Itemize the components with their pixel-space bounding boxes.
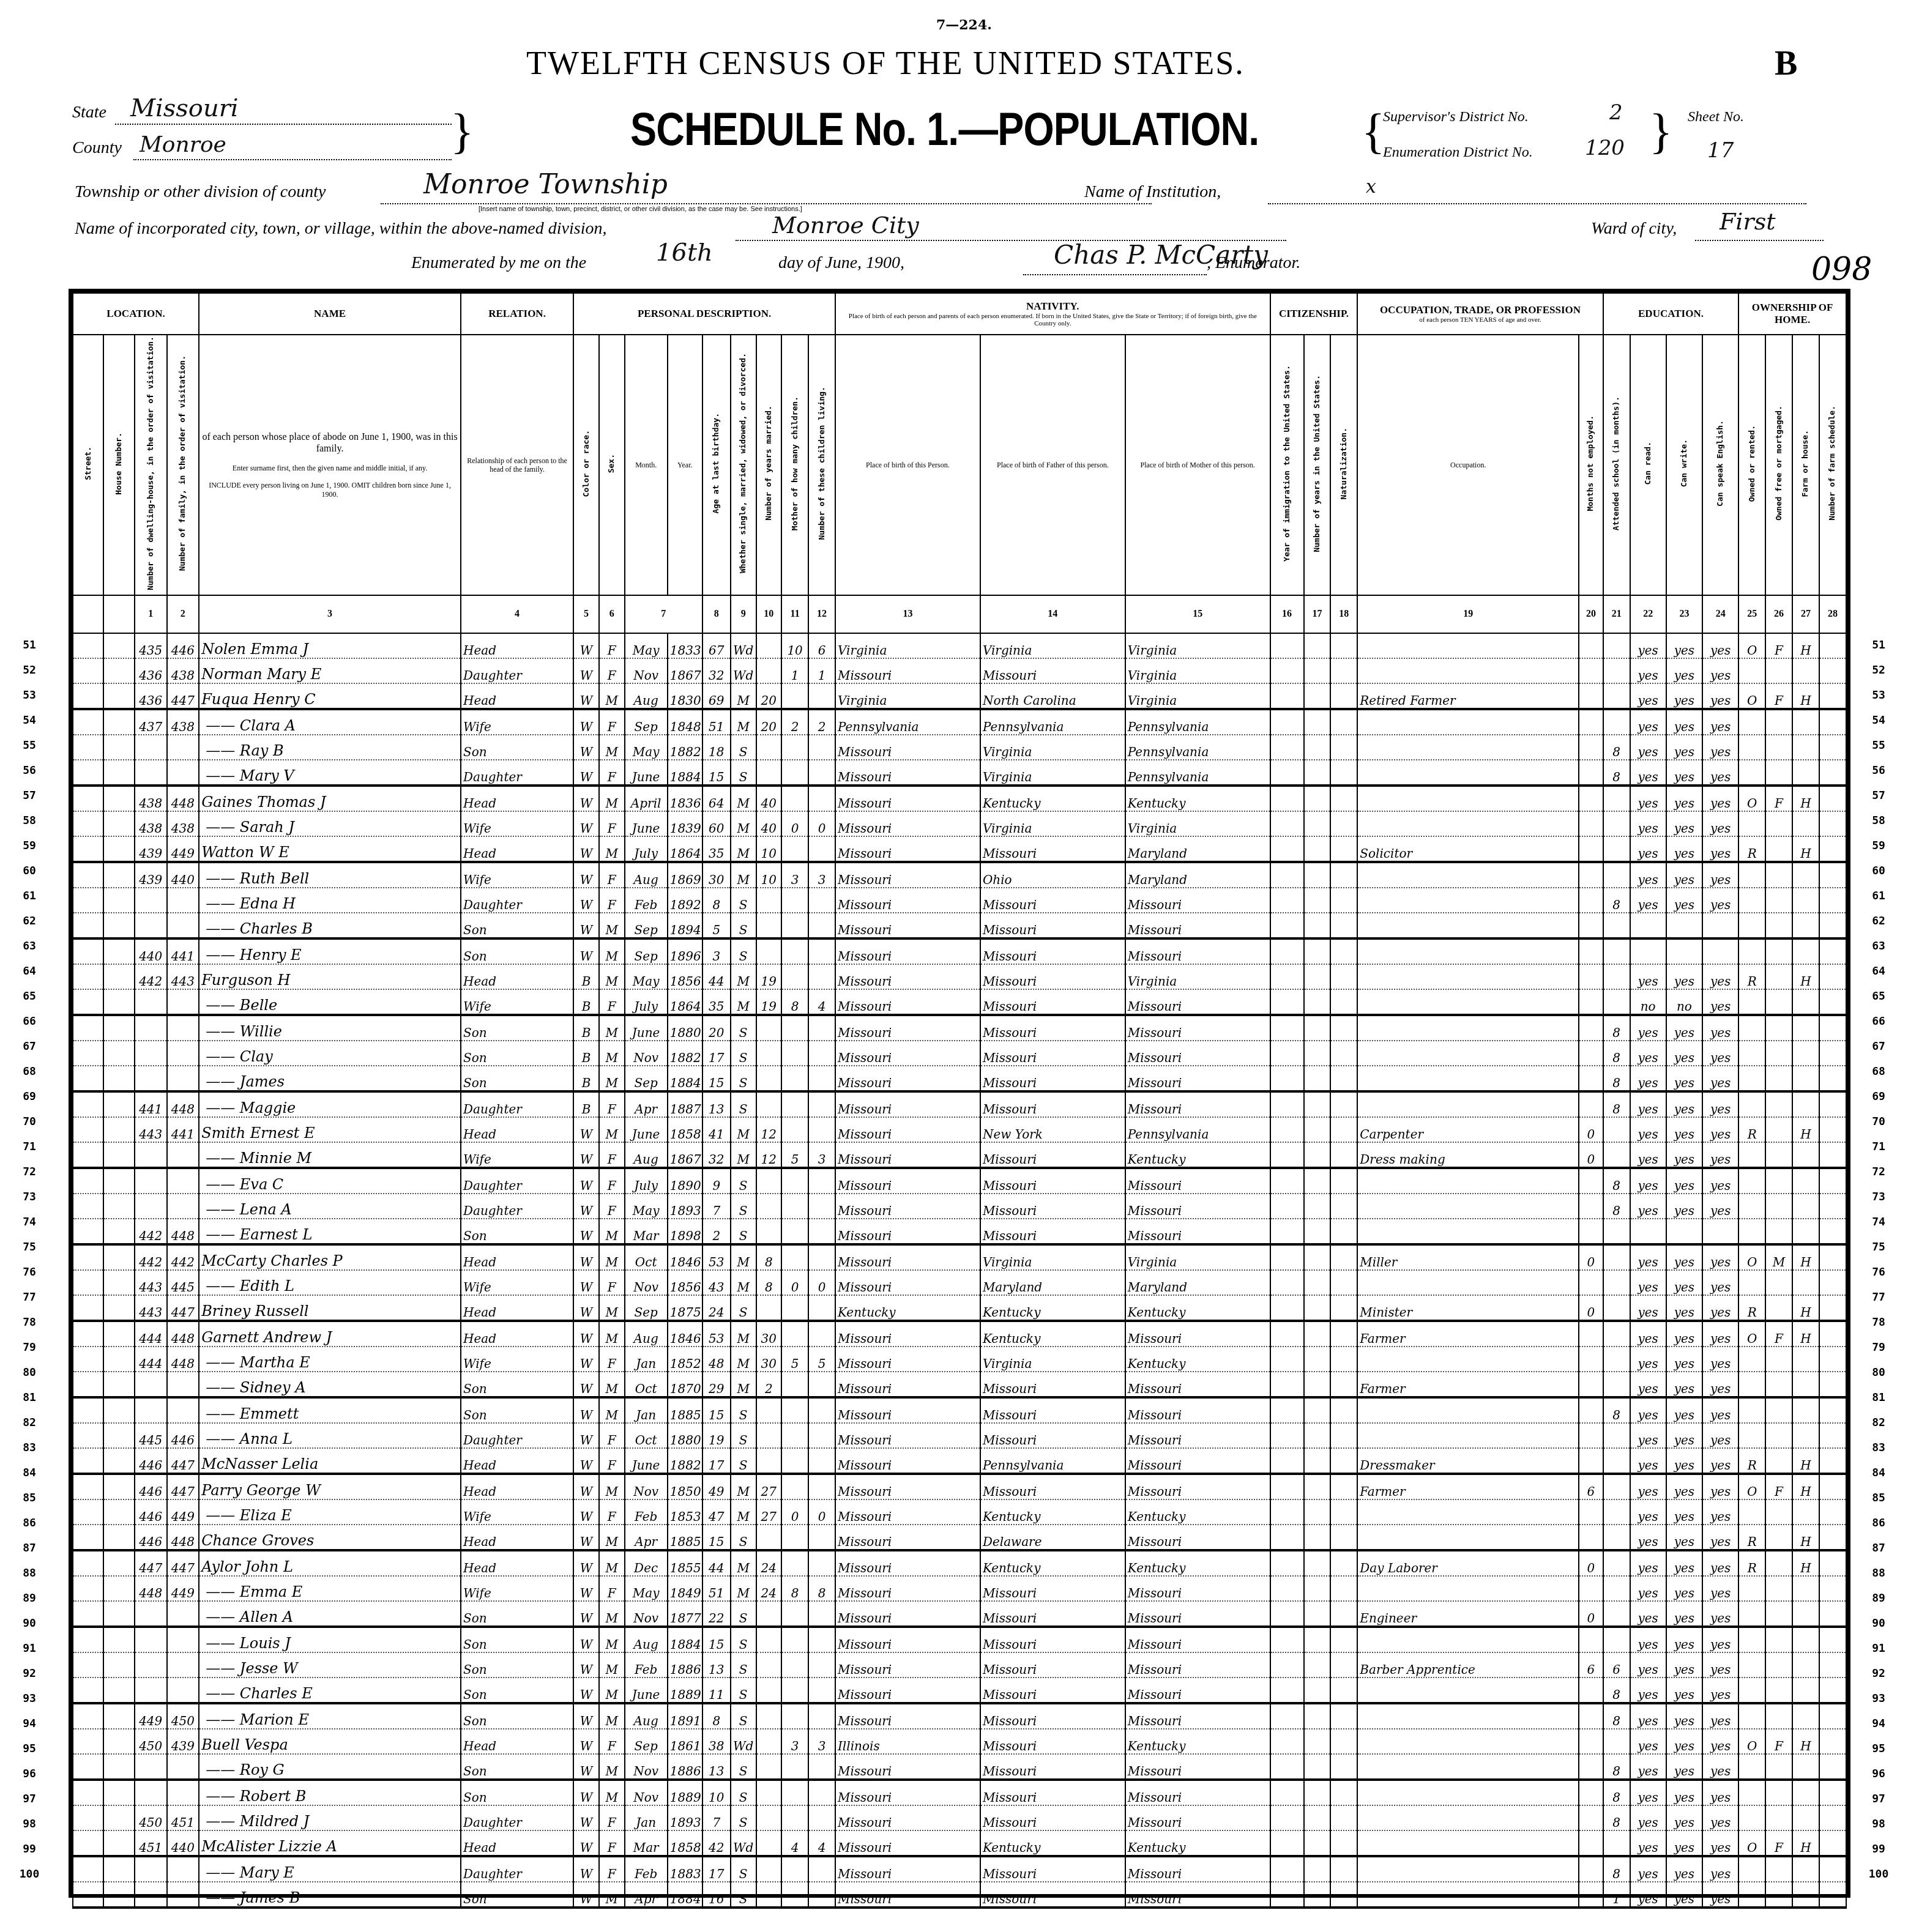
dwelling-number-cell xyxy=(135,1066,167,1091)
birthplace-father-cell: Kentucky xyxy=(980,1499,1125,1525)
line-number: 77 xyxy=(11,1285,48,1310)
empty-cell xyxy=(1270,1627,1304,1652)
empty-cell xyxy=(1330,1347,1357,1372)
owned-rented-cell xyxy=(1738,709,1765,735)
owned-rented-cell: R xyxy=(1738,836,1765,862)
dwelling-number-cell: 450 xyxy=(135,1805,167,1830)
empty-cell xyxy=(1819,1856,1846,1882)
line-number: 91 xyxy=(11,1636,48,1661)
birth-month-cell: Nov xyxy=(625,1754,668,1780)
months-unemployed-cell: 6 xyxy=(1579,1474,1603,1499)
relationship-cell: Son xyxy=(461,1627,573,1652)
empty-cell xyxy=(103,1270,134,1295)
empty-cell xyxy=(1819,735,1846,760)
birthplace-mother-cell: Missouri xyxy=(1125,938,1270,964)
column-number: 15 xyxy=(1125,595,1270,633)
empty-cell xyxy=(1819,1244,1846,1270)
header-sex: Sex. xyxy=(599,335,625,595)
empty-cell xyxy=(73,1117,103,1142)
empty-cell xyxy=(1270,964,1304,989)
school-months-cell xyxy=(1603,1627,1630,1652)
months-unemployed-cell xyxy=(1579,1627,1603,1652)
person-name-cell: Furguson H xyxy=(199,964,461,989)
empty-cell xyxy=(1330,1576,1357,1601)
age-cell: 17 xyxy=(702,1448,731,1474)
birth-month-cell: Nov xyxy=(625,1270,668,1295)
can-write-cell: yes xyxy=(1666,658,1702,683)
table-row: Eva CDaughterWFJuly18909SMissouriMissour… xyxy=(73,1168,1846,1194)
can-read-cell: yes xyxy=(1630,1347,1666,1372)
birth-month-cell: May xyxy=(625,633,668,658)
farm-house-cell xyxy=(1792,811,1819,836)
sex-cell: M xyxy=(599,1550,625,1576)
empty-cell xyxy=(1819,1601,1846,1627)
person-name-cell: McNasser Lelia xyxy=(199,1448,461,1474)
family-number-cell xyxy=(167,1397,199,1423)
empty-cell xyxy=(73,1499,103,1525)
empty-cell xyxy=(1270,709,1304,735)
person-name-cell: Henry E xyxy=(199,938,461,964)
empty-cell xyxy=(1330,683,1357,709)
occupation-cell xyxy=(1357,1627,1579,1652)
school-months-cell xyxy=(1603,1550,1630,1576)
children-living-cell xyxy=(808,1882,835,1908)
sheet-number-label: Sheet No. xyxy=(1688,109,1744,125)
header-month: Month. xyxy=(625,335,668,595)
sex-cell: F xyxy=(599,1499,625,1525)
farm-house-cell xyxy=(1792,888,1819,913)
years-married-cell xyxy=(756,760,782,786)
birthplace-father-cell: Missouri xyxy=(980,1601,1125,1627)
line-number: 100 xyxy=(11,1862,48,1887)
column-number: 3 xyxy=(199,595,461,633)
relationship-cell: Wife xyxy=(461,1576,573,1601)
empty-cell xyxy=(1819,1780,1846,1805)
birthplace-person-cell: Missouri xyxy=(835,811,980,836)
occupation-cell xyxy=(1357,1347,1579,1372)
table-row: 450451Mildred JDaughterWFJan18937SMissou… xyxy=(73,1805,1846,1830)
table-row: 437438Clara AWifeWFSep184851M2022Pennsyl… xyxy=(73,709,1846,735)
mother-of-children-cell xyxy=(781,1703,808,1729)
person-name-cell: Edna H xyxy=(199,888,461,913)
line-number: 95 xyxy=(11,1736,48,1761)
can-read-cell: yes xyxy=(1630,1448,1666,1474)
birth-year-cell: 1833 xyxy=(668,633,702,658)
birth-month-cell: Aug xyxy=(625,1142,668,1168)
family-number-cell xyxy=(167,735,199,760)
children-living-cell xyxy=(808,1219,835,1244)
birthplace-father-cell: Missouri xyxy=(980,1091,1125,1117)
empty-cell xyxy=(1304,1168,1331,1194)
birth-year-cell: 1875 xyxy=(668,1295,702,1321)
can-write-cell: yes xyxy=(1666,1576,1702,1601)
column-number: 12 xyxy=(808,595,835,633)
owned-rented-cell xyxy=(1738,1576,1765,1601)
occupation-cell: Carpenter xyxy=(1357,1117,1579,1142)
school-months-cell: 8 xyxy=(1603,1805,1630,1830)
owned-rented-cell xyxy=(1738,1856,1765,1882)
empty-cell xyxy=(1330,1448,1357,1474)
farm-house-cell xyxy=(1792,1499,1819,1525)
speaks-english-cell xyxy=(1702,913,1738,938)
farm-house-cell xyxy=(1792,1780,1819,1805)
birth-month-cell: Apr xyxy=(625,1091,668,1117)
age-cell: 32 xyxy=(702,1142,731,1168)
farm-house-cell: H xyxy=(1792,786,1819,811)
family-number-cell: 441 xyxy=(167,1117,199,1142)
township-field: Township or other division of county Mon… xyxy=(75,182,1078,202)
marital-status-cell: S xyxy=(731,913,756,938)
can-write-cell: yes xyxy=(1666,1321,1702,1347)
relationship-cell: Wife xyxy=(461,989,573,1015)
family-number-cell xyxy=(167,1601,199,1627)
relationship-cell: Head xyxy=(461,1117,573,1142)
empty-cell xyxy=(1819,1525,1846,1550)
owned-rented-cell: O xyxy=(1738,786,1765,811)
birthplace-person-cell: Missouri xyxy=(835,1168,980,1194)
empty-cell xyxy=(73,1423,103,1448)
marital-status-cell: S xyxy=(731,1601,756,1627)
family-number-cell: 448 xyxy=(167,1091,199,1117)
birth-month-cell: Aug xyxy=(625,1321,668,1347)
age-cell: 41 xyxy=(702,1117,731,1142)
speaks-english-cell: yes xyxy=(1702,1627,1738,1652)
years-married-cell xyxy=(756,1397,782,1423)
age-cell: 17 xyxy=(702,1856,731,1882)
speaks-english-cell: yes xyxy=(1702,786,1738,811)
dwelling-number-cell xyxy=(135,1882,167,1908)
line-number: 72 xyxy=(1860,1159,1897,1184)
birth-year-cell: 1867 xyxy=(668,658,702,683)
relationship-cell: Head xyxy=(461,1244,573,1270)
state-label: State xyxy=(72,103,106,122)
empty-cell xyxy=(1304,709,1331,735)
birth-year-cell: 1867 xyxy=(668,1142,702,1168)
birthplace-person-cell: Missouri xyxy=(835,786,980,811)
person-name-cell: McCarty Charles P xyxy=(199,1244,461,1270)
birthplace-father-cell: Missouri xyxy=(980,1142,1125,1168)
empty-cell xyxy=(1270,913,1304,938)
empty-cell xyxy=(1330,633,1357,658)
speaks-english-cell: yes xyxy=(1702,633,1738,658)
months-unemployed-cell xyxy=(1579,1830,1603,1856)
sheet-number-value: 17 xyxy=(1707,138,1734,163)
empty-cell xyxy=(1819,709,1846,735)
can-write-cell: yes xyxy=(1666,1805,1702,1830)
header-pob-mother: Place of birth of Mother of this person. xyxy=(1125,335,1270,595)
mother-of-children-cell xyxy=(781,1295,808,1321)
free-mortgaged-cell xyxy=(1765,1805,1792,1830)
empty-cell xyxy=(73,1397,103,1423)
empty-cell xyxy=(103,1015,134,1041)
empty-cell xyxy=(1330,989,1357,1015)
children-living-cell xyxy=(808,760,835,786)
farm-house-cell: H xyxy=(1792,1550,1819,1576)
header-children-living: Number of these children living. xyxy=(808,335,835,595)
empty-cell xyxy=(1330,1066,1357,1091)
years-married-cell: 12 xyxy=(756,1142,782,1168)
birth-year-cell: 1850 xyxy=(668,1474,702,1499)
birthplace-person-cell: Missouri xyxy=(835,1423,980,1448)
person-name-cell: Louis J xyxy=(199,1627,461,1652)
line-number: 99 xyxy=(1860,1837,1897,1862)
birthplace-mother-cell: Missouri xyxy=(1125,1321,1270,1347)
empty-cell xyxy=(1819,1066,1846,1091)
empty-cell xyxy=(1304,1219,1331,1244)
birthplace-father-cell: Missouri xyxy=(980,1066,1125,1091)
marital-status-cell: S xyxy=(731,735,756,760)
farm-house-cell: H xyxy=(1792,1729,1819,1754)
age-cell: 29 xyxy=(702,1372,731,1397)
person-name-cell: Anna L xyxy=(199,1423,461,1448)
ward-label: Ward of city, xyxy=(1591,219,1677,238)
months-unemployed-cell xyxy=(1579,1805,1603,1830)
empty-cell xyxy=(1270,1652,1304,1677)
free-mortgaged-cell xyxy=(1765,836,1792,862)
empty-cell xyxy=(1330,1805,1357,1830)
owned-rented-cell xyxy=(1738,1652,1765,1677)
line-number: 82 xyxy=(1860,1410,1897,1435)
school-months-cell xyxy=(1603,1423,1630,1448)
mother-of-children-cell xyxy=(781,1525,808,1550)
free-mortgaged-cell xyxy=(1765,1347,1792,1372)
township-line xyxy=(381,182,1152,204)
family-number-cell: 449 xyxy=(167,1499,199,1525)
speaks-english-cell: yes xyxy=(1702,1244,1738,1270)
table-row: 444448Garnett Andrew JHeadWMAug184653M30… xyxy=(73,1321,1846,1347)
can-write-cell: yes xyxy=(1666,1041,1702,1066)
line-number: 65 xyxy=(1860,984,1897,1009)
mother-of-children-cell xyxy=(781,1627,808,1652)
line-number: 55 xyxy=(11,733,48,758)
empty-cell xyxy=(1819,1703,1846,1729)
children-living-cell: 4 xyxy=(808,1830,835,1856)
marital-status-cell: S xyxy=(731,1295,756,1321)
table-row: 442448Earnest LSonWMMar18982SMissouriMis… xyxy=(73,1219,1846,1244)
free-mortgaged-cell xyxy=(1765,735,1792,760)
birth-year-cell: 1882 xyxy=(668,735,702,760)
sex-cell: M xyxy=(599,735,625,760)
months-unemployed-cell: 0 xyxy=(1579,1295,1603,1321)
empty-cell xyxy=(73,1525,103,1550)
empty-cell xyxy=(1819,1295,1846,1321)
birthplace-father-cell: Virginia xyxy=(980,1244,1125,1270)
column-number: 10 xyxy=(756,595,782,633)
can-read-cell: yes xyxy=(1630,1270,1666,1295)
birthplace-mother-cell: Missouri xyxy=(1125,1525,1270,1550)
birth-month-cell: Oct xyxy=(625,1244,668,1270)
sex-cell: M xyxy=(599,1066,625,1091)
column-number: 21 xyxy=(1603,595,1630,633)
birth-year-cell: 1855 xyxy=(668,1550,702,1576)
enumerator-label: , Enumerator. xyxy=(1207,253,1300,273)
column-number: 18 xyxy=(1330,595,1357,633)
school-months-cell: 8 xyxy=(1603,1677,1630,1703)
dwelling-number-cell: 447 xyxy=(135,1550,167,1576)
months-unemployed-cell: 6 xyxy=(1579,1652,1603,1677)
table-row: 445446Anna LDaughterWFOct188019SMissouri… xyxy=(73,1423,1846,1448)
column-number: 5 xyxy=(573,595,599,633)
can-read-cell: yes xyxy=(1630,1295,1666,1321)
children-living-cell xyxy=(808,1372,835,1397)
birthplace-mother-cell: Virginia xyxy=(1125,658,1270,683)
occupation-cell xyxy=(1357,1091,1579,1117)
column-number: 13 xyxy=(835,595,980,633)
birth-month-cell: June xyxy=(625,1015,668,1041)
table-row: Roy GSonWMNov188613SMissouriMissouriMiss… xyxy=(73,1754,1846,1780)
farm-house-cell: H xyxy=(1792,1295,1819,1321)
sex-cell: F xyxy=(599,811,625,836)
empty-cell xyxy=(1304,811,1331,836)
empty-cell xyxy=(103,938,134,964)
occupation-cell: Dress making xyxy=(1357,1142,1579,1168)
can-write-cell: yes xyxy=(1666,683,1702,709)
relationship-cell: Son xyxy=(461,913,573,938)
empty-cell xyxy=(1270,1601,1304,1627)
family-number-cell: 447 xyxy=(167,1448,199,1474)
birthplace-mother-cell: Missouri xyxy=(1125,1372,1270,1397)
institution-field: Name of Institution, x xyxy=(1084,182,1806,202)
line-number: 53 xyxy=(11,683,48,708)
dwelling-number-cell: 441 xyxy=(135,1091,167,1117)
children-living-cell xyxy=(808,1091,835,1117)
free-mortgaged-cell xyxy=(1765,913,1792,938)
farm-house-cell xyxy=(1792,1652,1819,1677)
birth-month-cell: Sep xyxy=(625,1729,668,1754)
empty-cell xyxy=(73,1194,103,1219)
table-row: Charles ESonWMJune188911SMissouriMissour… xyxy=(73,1677,1846,1703)
line-number: 53 xyxy=(1860,683,1897,708)
months-unemployed-cell xyxy=(1579,913,1603,938)
free-mortgaged-cell xyxy=(1765,1627,1792,1652)
owned-rented-cell: R xyxy=(1738,1525,1765,1550)
can-write-cell: yes xyxy=(1666,1091,1702,1117)
free-mortgaged-cell: F xyxy=(1765,683,1792,709)
empty-cell xyxy=(1819,1576,1846,1601)
empty-cell xyxy=(1270,1576,1304,1601)
empty-cell xyxy=(1270,888,1304,913)
ward-field: Ward of city, First xyxy=(1591,219,1824,239)
free-mortgaged-cell xyxy=(1765,938,1792,964)
months-unemployed-cell xyxy=(1579,1041,1603,1066)
mother-of-children-cell xyxy=(781,888,808,913)
age-cell: 44 xyxy=(702,964,731,989)
relationship-cell: Wife xyxy=(461,1499,573,1525)
free-mortgaged-cell: F xyxy=(1765,786,1792,811)
empty-cell xyxy=(73,1219,103,1244)
birthplace-person-cell: Missouri xyxy=(835,658,980,683)
header-house-number: House Number. xyxy=(103,335,134,595)
table-row: 435446Nolen Emma JHeadWFMay183367Wd106Vi… xyxy=(73,633,1846,658)
empty-cell xyxy=(103,1347,134,1372)
can-write-cell: yes xyxy=(1666,1780,1702,1805)
birth-month-cell: Oct xyxy=(625,1372,668,1397)
marital-status-cell: M xyxy=(731,811,756,836)
birth-year-cell: 1846 xyxy=(668,1321,702,1347)
line-number: 89 xyxy=(1860,1586,1897,1611)
empty-cell xyxy=(73,888,103,913)
years-married-cell: 10 xyxy=(756,836,782,862)
birthplace-person-cell: Illinois xyxy=(835,1729,980,1754)
line-number: 65 xyxy=(11,984,48,1009)
empty-cell xyxy=(73,862,103,888)
supervisor-district-value: 2 xyxy=(1609,100,1623,125)
school-months-cell xyxy=(1603,836,1630,862)
months-unemployed-cell xyxy=(1579,1423,1603,1448)
line-number: 54 xyxy=(1860,708,1897,733)
empty-cell xyxy=(103,1423,134,1448)
column-number: 26 xyxy=(1765,595,1792,633)
mother-of-children-cell xyxy=(781,1015,808,1041)
owned-rented-cell xyxy=(1738,811,1765,836)
free-mortgaged-cell xyxy=(1765,1168,1792,1194)
empty-cell xyxy=(103,735,134,760)
birth-year-cell: 1884 xyxy=(668,1066,702,1091)
mother-of-children-cell xyxy=(781,1117,808,1142)
color-race-cell: B xyxy=(573,989,599,1015)
dwelling-number-cell xyxy=(135,1015,167,1041)
birth-month-cell: Mar xyxy=(625,1830,668,1856)
birthplace-mother-cell: Kentucky xyxy=(1125,1830,1270,1856)
sex-cell: M xyxy=(599,1703,625,1729)
school-months-cell xyxy=(1603,1295,1630,1321)
birth-year-cell: 1858 xyxy=(668,1117,702,1142)
header-occupation-col: Occupation. xyxy=(1357,335,1579,595)
occupation-cell xyxy=(1357,1397,1579,1423)
sex-cell: F xyxy=(599,760,625,786)
speaks-english-cell: yes xyxy=(1702,1677,1738,1703)
empty-cell xyxy=(1270,938,1304,964)
header-free-mortgaged: Owned free or mortgaged. xyxy=(1765,335,1792,595)
marital-status-cell: M xyxy=(731,709,756,735)
empty-cell xyxy=(1819,658,1846,683)
enumeration-day: 16th xyxy=(656,239,713,267)
speaks-english-cell: yes xyxy=(1702,1576,1738,1601)
birth-year-cell: 1864 xyxy=(668,989,702,1015)
owned-rented-cell xyxy=(1738,1703,1765,1729)
person-name-cell: Eliza E xyxy=(199,1499,461,1525)
school-months-cell: 8 xyxy=(1603,888,1630,913)
mother-of-children-cell: 0 xyxy=(781,1270,808,1295)
years-married-cell xyxy=(756,1805,782,1830)
can-read-cell: yes xyxy=(1630,1780,1666,1805)
dwelling-number-cell: 442 xyxy=(135,1244,167,1270)
empty-cell xyxy=(1819,1830,1846,1856)
line-number: 69 xyxy=(11,1084,48,1109)
occupation-cell xyxy=(1357,1499,1579,1525)
mother-of-children-cell xyxy=(781,938,808,964)
line-number: 51 xyxy=(11,633,48,658)
years-married-cell: 2 xyxy=(756,1372,782,1397)
marital-status-cell: M xyxy=(731,989,756,1015)
empty-cell xyxy=(1270,1423,1304,1448)
relationship-cell: Son xyxy=(461,1601,573,1627)
enumeration-district-value: 120 xyxy=(1585,136,1625,160)
free-mortgaged-cell xyxy=(1765,1194,1792,1219)
birth-year-cell: 1896 xyxy=(668,938,702,964)
empty-cell xyxy=(1330,836,1357,862)
birthplace-father-cell: Delaware xyxy=(980,1525,1125,1550)
months-unemployed-cell xyxy=(1579,786,1603,811)
line-number: 76 xyxy=(1860,1260,1897,1285)
birth-year-cell: 1887 xyxy=(668,1091,702,1117)
line-number: 90 xyxy=(11,1611,48,1636)
family-number-cell: 450 xyxy=(167,1703,199,1729)
line-number: 61 xyxy=(1860,883,1897,908)
birth-month-cell: Nov xyxy=(625,658,668,683)
color-race-cell: W xyxy=(573,1474,599,1499)
color-race-cell: W xyxy=(573,786,599,811)
